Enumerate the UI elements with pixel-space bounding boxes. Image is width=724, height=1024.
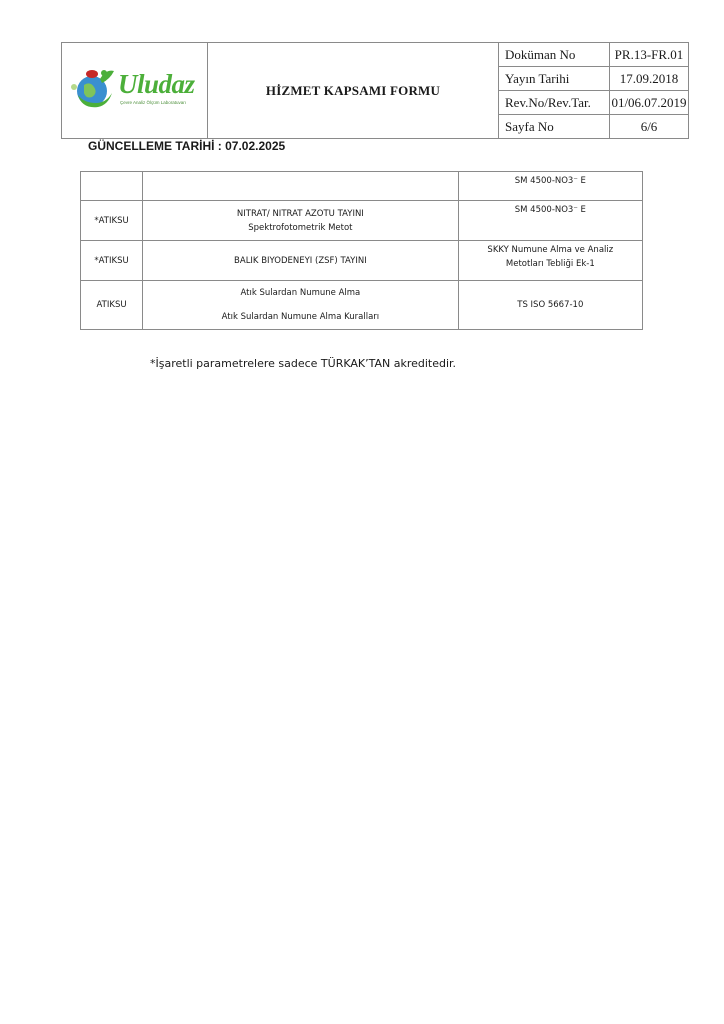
table-row: SM 4500-NO3⁻ E — [81, 172, 643, 201]
method-line: Metotları Tebliği Ek-1 — [463, 257, 638, 271]
parameter-cell: Atık Sulardan Numune Alma Atık Sulardan … — [143, 281, 459, 330]
method-cell: SM 4500-NO3⁻ E — [458, 172, 642, 201]
form-title: HİZMET KAPSAMI FORMU — [208, 43, 499, 139]
parameter-cell: BALIK BIYODENEYI (ZSF) TAYINI — [143, 241, 459, 281]
meta-label-page-no: Sayfa No — [499, 115, 610, 139]
table-row: ATIKSU Atık Sulardan Numune Alma Atık Su… — [81, 281, 643, 330]
meta-value-revision: 01/06.07.2019 — [610, 91, 689, 115]
parameter-line: NITRAT/ NITRAT AZOTU TAYINI — [147, 207, 454, 221]
company-logo: Uludaz Çevre Analiz Ölçüm Laboratuvarı — [70, 65, 200, 115]
matrix-cell: ATIKSU — [81, 281, 143, 330]
service-scope-table: SM 4500-NO3⁻ E *ATIKSU NITRAT/ NITRAT AZ… — [80, 171, 643, 330]
parameter-cell: NITRAT/ NITRAT AZOTU TAYINI Spektrofotom… — [143, 201, 459, 241]
update-date: GÜNCELLEME TARİHİ : 07.02.2025 — [88, 139, 285, 153]
meta-label-revision: Rev.No/Rev.Tar. — [499, 91, 610, 115]
matrix-cell — [81, 172, 143, 201]
method-cell: SM 4500-NO3⁻ E — [458, 201, 642, 241]
parameter-line: Spektrofotometrik Metot — [147, 221, 454, 235]
logo-cell: Uludaz Çevre Analiz Ölçüm Laboratuvarı — [62, 43, 208, 139]
matrix-cell: *ATIKSU — [81, 201, 143, 241]
method-line: TS ISO 5667-10 — [463, 298, 638, 312]
parameter-line: Atık Sulardan Numune Alma Kuralları — [147, 310, 454, 324]
logo-subtitle: Çevre Analiz Ölçüm Laboratuvarı — [120, 100, 186, 105]
table-row: *ATIKSU NITRAT/ NITRAT AZOTU TAYINI Spek… — [81, 201, 643, 241]
method-line: SM 4500-NO3⁻ E — [463, 174, 638, 188]
method-cell: TS ISO 5667-10 — [458, 281, 642, 330]
parameter-cell — [143, 172, 459, 201]
table-row: *ATIKSU BALIK BIYODENEYI (ZSF) TAYINI SK… — [81, 241, 643, 281]
meta-label-publish-date: Yayın Tarihi — [499, 67, 610, 91]
method-cell: SKKY Numune Alma ve Analiz Metotları Teb… — [458, 241, 642, 281]
globe-leaf-logo-icon — [70, 65, 118, 113]
method-line: SM 4500-NO3⁻ E — [463, 203, 638, 217]
parameter-line: Atık Sulardan Numune Alma — [147, 286, 454, 300]
meta-value-page-no: 6/6 — [610, 115, 689, 139]
meta-value-document-no: PR.13-FR.01 — [610, 43, 689, 67]
document-header: Uludaz Çevre Analiz Ölçüm Laboratuvarı H… — [61, 42, 689, 139]
meta-label-document-no: Doküman No — [499, 43, 610, 67]
parameter-line: BALIK BIYODENEYI (ZSF) TAYINI — [147, 254, 454, 268]
matrix-cell: *ATIKSU — [81, 241, 143, 281]
method-line: SKKY Numune Alma ve Analiz — [463, 243, 638, 257]
accreditation-footnote: *İşaretli parametrelere sadece TÜRKAK’TA… — [150, 357, 456, 370]
logo-brand-text: Uludaz — [118, 69, 195, 100]
meta-value-publish-date: 17.09.2018 — [610, 67, 689, 91]
